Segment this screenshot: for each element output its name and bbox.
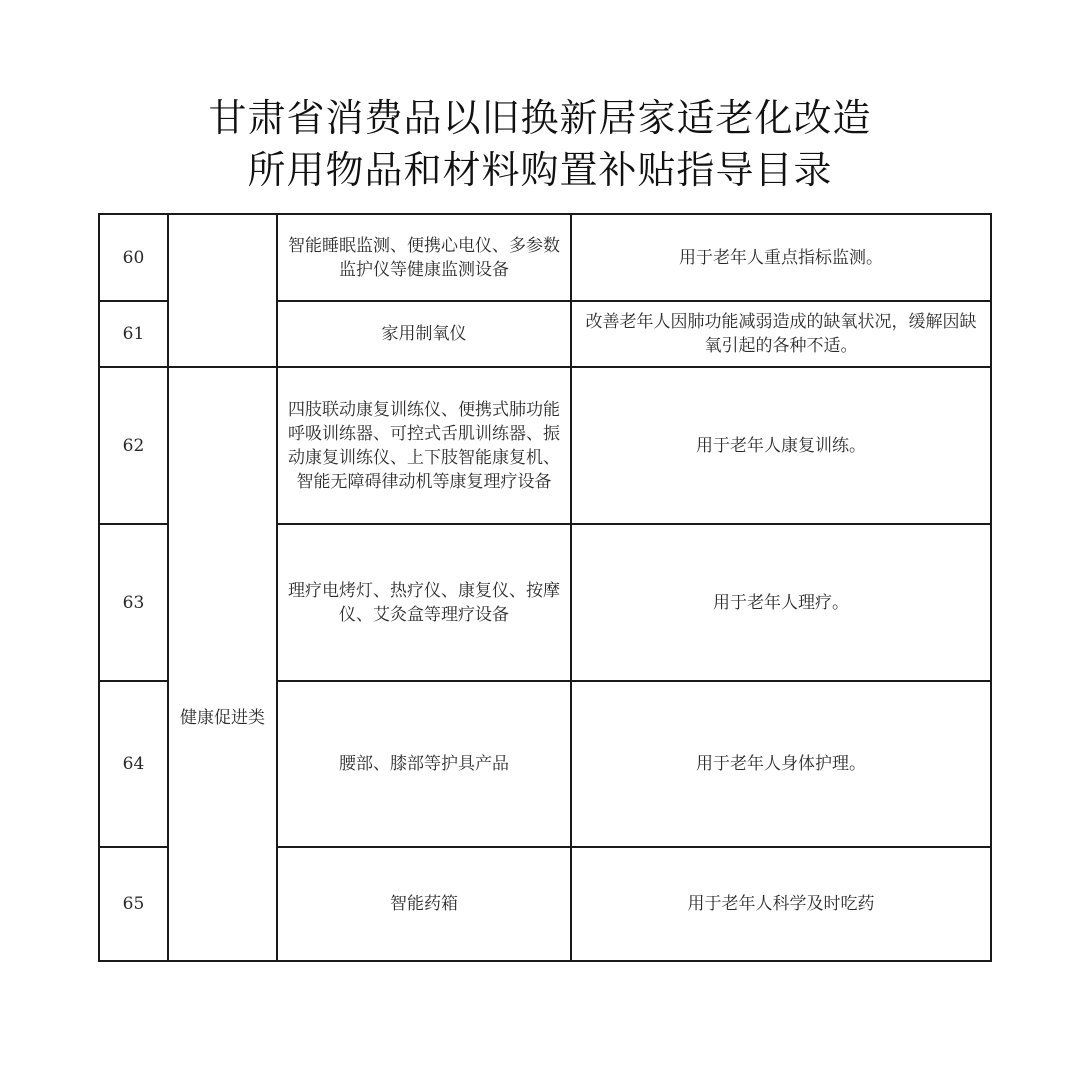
row-number: 60 (99, 214, 168, 301)
item-use: 用于老年人康复训练。 (571, 367, 991, 524)
row-number: 65 (99, 847, 168, 961)
table-row: 60 智能睡眠监测、便携心电仪、多参数监护仪等健康监测设备 用于老年人重点指标监… (99, 214, 991, 301)
subsidy-catalog-table: 60 智能睡眠监测、便携心电仪、多参数监护仪等健康监测设备 用于老年人重点指标监… (98, 213, 992, 962)
category-cell: 健康促进类 (168, 367, 277, 961)
row-number: 63 (99, 524, 168, 681)
title-line-2: 所用物品和材料购置补贴指导目录 (0, 144, 1080, 196)
item-use: 用于老年人身体护理。 (571, 681, 991, 847)
item-use: 改善老年人因肺功能减弱造成的缺氧状况，缓解因缺氧引起的各种不适。 (571, 301, 991, 367)
item-use: 用于老年人重点指标监测。 (571, 214, 991, 301)
row-number: 64 (99, 681, 168, 847)
row-number: 61 (99, 301, 168, 367)
item-name: 腰部、膝部等护具产品 (277, 681, 571, 847)
item-use: 用于老年人理疗。 (571, 524, 991, 681)
category-cell-empty (168, 214, 277, 367)
item-name: 理疗电烤灯、热疗仪、康复仪、按摩仪、艾灸盒等理疗设备 (277, 524, 571, 681)
item-use: 用于老年人科学及时吃药 (571, 847, 991, 961)
item-name: 智能药箱 (277, 847, 571, 961)
item-name: 智能睡眠监测、便携心电仪、多参数监护仪等健康监测设备 (277, 214, 571, 301)
title-line-1: 甘肃省消费品以旧换新居家适老化改造 (0, 92, 1080, 144)
table-row: 62 健康促进类 四肢联动康复训练仪、便携式肺功能呼吸训练器、可控式舌肌训练器、… (99, 367, 991, 524)
row-number: 62 (99, 367, 168, 524)
document-title: 甘肃省消费品以旧换新居家适老化改造 所用物品和材料购置补贴指导目录 (0, 92, 1080, 196)
item-name: 家用制氧仪 (277, 301, 571, 367)
category-label: 健康促进类 (180, 706, 265, 730)
item-name: 四肢联动康复训练仪、便携式肺功能呼吸训练器、可控式舌肌训练器、振动康复训练仪、上… (277, 367, 571, 524)
